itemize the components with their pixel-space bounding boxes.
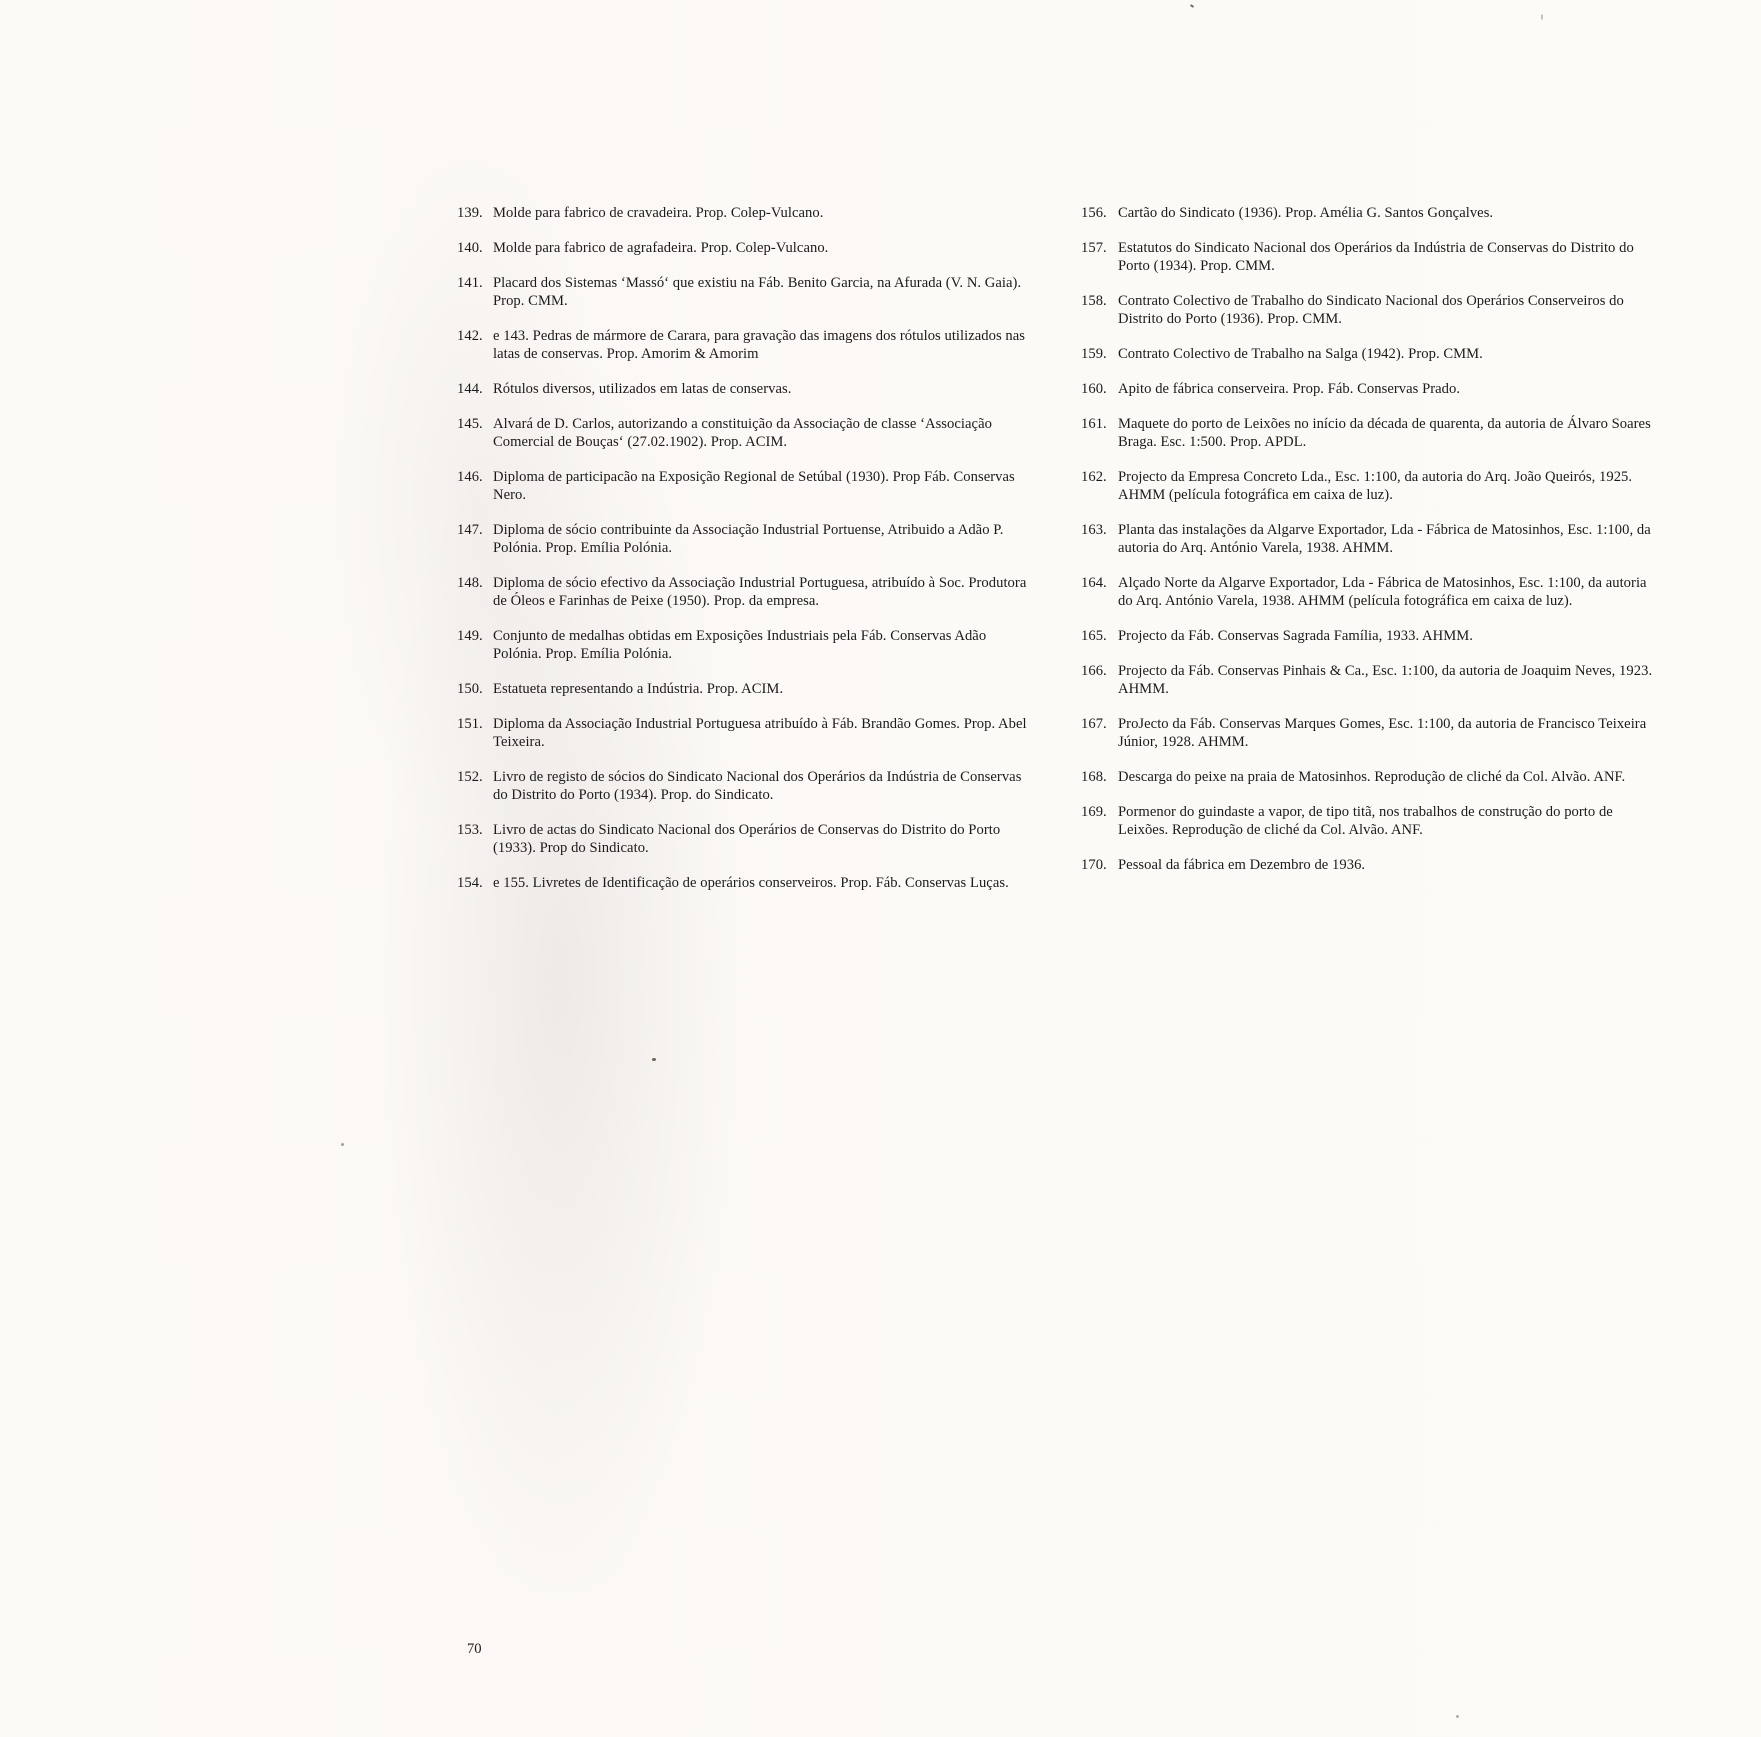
caption-number: 154. bbox=[457, 874, 493, 892]
caption-144: 144.Rótulos diversos, utilizados em lata… bbox=[457, 380, 1037, 398]
caption-number: 166. bbox=[1081, 662, 1118, 698]
caption-159: 159.Contrato Colectivo de Trabalho na Sa… bbox=[1081, 345, 1661, 363]
caption-text: Projecto da Fáb. Conservas Pinhais & Ca.… bbox=[1118, 662, 1661, 698]
caption-152: 152.Livro de registo de sócios do Sindic… bbox=[457, 768, 1037, 804]
caption-text: Contrato Colectivo de Trabalho do Sindic… bbox=[1118, 292, 1661, 328]
caption-text: Diploma da Associação Industrial Portugu… bbox=[493, 715, 1037, 751]
page-number: 70 bbox=[467, 1641, 482, 1658]
caption-number: 144. bbox=[457, 380, 493, 398]
caption-167: 167.ProJecto da Fáb. Conservas Marques G… bbox=[1081, 715, 1661, 751]
caption-text: Livro de registo de sócios do Sindicato … bbox=[493, 768, 1037, 804]
caption-number: 165. bbox=[1081, 627, 1118, 645]
caption-168: 168.Descarga do peixe na praia de Matosi… bbox=[1081, 768, 1661, 786]
scan-speck bbox=[1541, 14, 1543, 20]
caption-number: 158. bbox=[1081, 292, 1118, 328]
scanned-page: 139.Molde para fabrico de cravadeira. Pr… bbox=[0, 0, 1761, 1737]
caption-text: Diploma de sócio efectivo da Associação … bbox=[493, 574, 1037, 610]
caption-text: Apito de fábrica conserveira. Prop. Fáb.… bbox=[1118, 380, 1661, 398]
caption-number: 163. bbox=[1081, 521, 1118, 557]
caption-158: 158.Contrato Colectivo de Trabalho do Si… bbox=[1081, 292, 1661, 328]
caption-number: 152. bbox=[457, 768, 493, 804]
scan-speck bbox=[1190, 4, 1194, 8]
caption-142-143: 142.e 143. Pedras de mármore de Carara, … bbox=[457, 327, 1037, 363]
caption-text: Estatutos do Sindicato Nacional dos Oper… bbox=[1118, 239, 1661, 275]
caption-number: 140. bbox=[457, 239, 493, 257]
caption-number: 139. bbox=[457, 204, 493, 222]
caption-text: Projecto da Empresa Concreto Lda., Esc. … bbox=[1118, 468, 1661, 504]
caption-number: 167. bbox=[1081, 715, 1118, 751]
caption-text: Molde para fabrico de agrafadeira. Prop.… bbox=[493, 239, 1037, 257]
caption-text: Rótulos diversos, utilizados em latas de… bbox=[493, 380, 1037, 398]
caption-text: Pessoal da fábrica em Dezembro de 1936. bbox=[1118, 856, 1661, 874]
caption-number: 148. bbox=[457, 574, 493, 610]
caption-number: 153. bbox=[457, 821, 493, 857]
caption-164: 164.Alçado Norte da Algarve Exportador, … bbox=[1081, 574, 1661, 610]
caption-text: Contrato Colectivo de Trabalho na Salga … bbox=[1118, 345, 1661, 363]
caption-156: 156.Cartão do Sindicato (1936). Prop. Am… bbox=[1081, 204, 1661, 222]
caption-163: 163.Planta das instalações da Algarve Ex… bbox=[1081, 521, 1661, 557]
right-caption-column: 156.Cartão do Sindicato (1936). Prop. Am… bbox=[1081, 204, 1661, 874]
caption-text: Alvará de D. Carlos, autorizando a const… bbox=[493, 415, 1037, 451]
caption-150: 150.Estatueta representando a Indústria.… bbox=[457, 680, 1037, 698]
caption-148: 148.Diploma de sócio efectivo da Associa… bbox=[457, 574, 1037, 610]
caption-162: 162.Projecto da Empresa Concreto Lda., E… bbox=[1081, 468, 1661, 504]
caption-text: e 143. Pedras de mármore de Carara, para… bbox=[493, 327, 1037, 363]
caption-number: 170. bbox=[1081, 856, 1118, 874]
caption-166: 166.Projecto da Fáb. Conservas Pinhais &… bbox=[1081, 662, 1661, 698]
caption-number: 169. bbox=[1081, 803, 1118, 839]
caption-text: Conjunto de medalhas obtidas em Exposiçõ… bbox=[493, 627, 1037, 663]
caption-number: 162. bbox=[1081, 468, 1118, 504]
caption-146: 146.Diploma de participacão na Exposição… bbox=[457, 468, 1037, 504]
scan-speck bbox=[652, 1058, 656, 1061]
caption-number: 159. bbox=[1081, 345, 1118, 363]
caption-139: 139.Molde para fabrico de cravadeira. Pr… bbox=[457, 204, 1037, 222]
caption-151: 151.Diploma da Associação Industrial Por… bbox=[457, 715, 1037, 751]
scan-speck bbox=[341, 1143, 344, 1146]
caption-number: 161. bbox=[1081, 415, 1118, 451]
caption-number: 150. bbox=[457, 680, 493, 698]
caption-text: e 155. Livretes de Identificação de oper… bbox=[493, 874, 1037, 892]
caption-number: 145. bbox=[457, 415, 493, 451]
caption-number: 160. bbox=[1081, 380, 1118, 398]
caption-number: 147. bbox=[457, 521, 493, 557]
caption-text: Livro de actas do Sindicato Nacional dos… bbox=[493, 821, 1037, 857]
caption-145: 145.Alvará de D. Carlos, autorizando a c… bbox=[457, 415, 1037, 451]
caption-169: 169.Pormenor do guindaste a vapor, de ti… bbox=[1081, 803, 1661, 839]
caption-149: 149.Conjunto de medalhas obtidas em Expo… bbox=[457, 627, 1037, 663]
caption-text: Maquete do porto de Leixões no início da… bbox=[1118, 415, 1661, 451]
caption-number: 151. bbox=[457, 715, 493, 751]
caption-text: Alçado Norte da Algarve Exportador, Lda … bbox=[1118, 574, 1661, 610]
caption-170: 170.Pessoal da fábrica em Dezembro de 19… bbox=[1081, 856, 1661, 874]
left-caption-column: 139.Molde para fabrico de cravadeira. Pr… bbox=[457, 204, 1037, 892]
caption-text: Cartão do Sindicato (1936). Prop. Amélia… bbox=[1118, 204, 1661, 222]
caption-text: Estatueta representando a Indústria. Pro… bbox=[493, 680, 1037, 698]
caption-number: 156. bbox=[1081, 204, 1118, 222]
caption-text: ProJecto da Fáb. Conservas Marques Gomes… bbox=[1118, 715, 1661, 751]
caption-text: Diploma de sócio contribuinte da Associa… bbox=[493, 521, 1037, 557]
caption-number: 146. bbox=[457, 468, 493, 504]
caption-text: Descarga do peixe na praia de Matosinhos… bbox=[1118, 768, 1661, 786]
caption-number: 157. bbox=[1081, 239, 1118, 275]
caption-153: 153.Livro de actas do Sindicato Nacional… bbox=[457, 821, 1037, 857]
caption-text: Pormenor do guindaste a vapor, de tipo t… bbox=[1118, 803, 1661, 839]
caption-text: Placard dos Sistemas ‘Massó‘ que existiu… bbox=[493, 274, 1037, 310]
caption-157: 157.Estatutos do Sindicato Nacional dos … bbox=[1081, 239, 1661, 275]
caption-141: 141.Placard dos Sistemas ‘Massó‘ que exi… bbox=[457, 274, 1037, 310]
caption-number: 168. bbox=[1081, 768, 1118, 786]
caption-text: Planta das instalações da Algarve Export… bbox=[1118, 521, 1661, 557]
caption-number: 149. bbox=[457, 627, 493, 663]
caption-160: 160.Apito de fábrica conserveira. Prop. … bbox=[1081, 380, 1661, 398]
caption-161: 161.Maquete do porto de Leixões no iníci… bbox=[1081, 415, 1661, 451]
caption-text: Molde para fabrico de cravadeira. Prop. … bbox=[493, 204, 1037, 222]
caption-number: 164. bbox=[1081, 574, 1118, 610]
caption-text: Diploma de participacão na Exposição Reg… bbox=[493, 468, 1037, 504]
caption-140: 140.Molde para fabrico de agrafadeira. P… bbox=[457, 239, 1037, 257]
caption-154-155: 154.e 155. Livretes de Identificação de … bbox=[457, 874, 1037, 892]
caption-147: 147.Diploma de sócio contribuinte da Ass… bbox=[457, 521, 1037, 557]
caption-text: Projecto da Fáb. Conservas Sagrada Famíl… bbox=[1118, 627, 1661, 645]
caption-number: 141. bbox=[457, 274, 493, 310]
scan-speck bbox=[1456, 1715, 1459, 1718]
caption-165: 165.Projecto da Fáb. Conservas Sagrada F… bbox=[1081, 627, 1661, 645]
caption-number: 142. bbox=[457, 327, 493, 363]
